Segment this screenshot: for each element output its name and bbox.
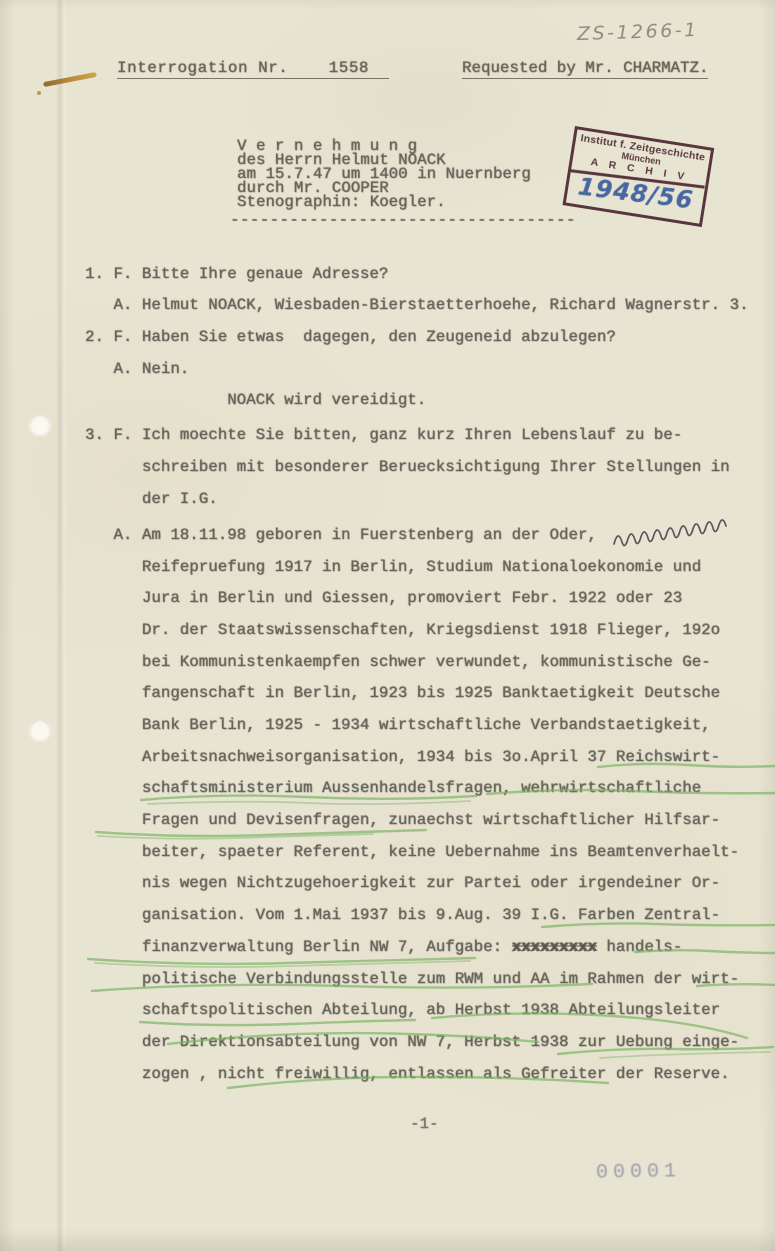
document-page: ZS-1266-1 Interrogation Nr. 1558 Request… xyxy=(0,0,775,1251)
interrogation-number: Interrogation Nr. 1558 xyxy=(117,60,389,76)
typescript-line: zogen , nicht freiwillig, entlassen als … xyxy=(85,1066,730,1082)
archive-reference-note: ZS-1266-1 xyxy=(577,19,699,45)
punch-hole-top xyxy=(29,414,51,436)
typescript-line: nis wegen Nichtzugehoerigkeit zur Partei… xyxy=(85,875,720,891)
page-number: -1- xyxy=(410,1116,438,1132)
typescript-line: bei Kommunistenkaempfen schwer verwundet… xyxy=(85,654,711,670)
typescript-line: 2. F. Haben Sie etwas dagegen, den Zeuge… xyxy=(85,329,616,345)
typescript-line: 3. F. Ich moechte Sie bitten, ganz kurz … xyxy=(85,427,682,443)
typescript-line: A. Nein. xyxy=(85,361,189,377)
typescript-line: ganisation. Vom 1.Mai 1937 bis 9.Aug. 39… xyxy=(85,907,720,923)
typescript-line: Bank Berlin, 1925 - 1934 wirtschaftliche… xyxy=(85,717,711,733)
typescript-line: Dr. der Staatswissenschaften, Kriegsdien… xyxy=(85,622,720,638)
typescript-line: Fragen und Devisenfragen, zunaechst wirt… xyxy=(85,812,720,828)
pagination-stamp: 00001 xyxy=(596,1160,681,1184)
typescript-line-with-strikeout: finanzverwaltung Berlin NW 7, Aufgabe: x… xyxy=(85,939,682,955)
typescript-line: NOACK wird vereidigt. xyxy=(85,392,426,408)
typescript-line: schreiben mit besonderer Beruecksichtigu… xyxy=(85,459,730,475)
overtyped-strikeout: xxxxxxxxx xyxy=(512,938,597,956)
typescript-line: A. Helmut NOACK, Wiesbaden-Bierstaetterh… xyxy=(85,297,749,313)
paper-stain-streak xyxy=(43,72,97,87)
heading-divider: ----------------------------------- xyxy=(230,212,576,228)
requested-by: Requested by Mr. CHARMATZ. xyxy=(462,60,708,76)
typescript-line: politische Verbindungsstelle zum RWM und… xyxy=(85,971,739,987)
typescript-line: der Direktionsabteilung von NW 7, Herbst… xyxy=(85,1034,739,1050)
typescript-line: 1. F. Bitte Ihre genaue Adresse? xyxy=(85,266,388,282)
typescript-line: fangenschaft in Berlin, 1923 bis 1925 Ba… xyxy=(85,685,720,701)
typescript-line: schaftspolitischen Abteilung, ab Herbst … xyxy=(85,1002,720,1018)
typescript-line: Jura in Berlin und Giessen, promoviert F… xyxy=(85,590,682,606)
typescript-line: beiter, spaeter Referent, keine Uebernah… xyxy=(85,844,739,860)
punch-hole-bottom xyxy=(29,719,51,741)
archive-stamp: Institut f. Zeitgeschichte München A R C… xyxy=(562,126,714,227)
typescript-line: Reifepruefung 1917 in Berlin, Studium Na… xyxy=(85,559,701,575)
heading-stenographer: Stenographin: Koegler. xyxy=(237,194,446,210)
typescript-line: Arbeitsnachweisorganisation, 1934 bis 3o… xyxy=(85,749,720,765)
typescript-line: schaftsministerium Aussenhandelsfragen, … xyxy=(85,780,701,796)
typescript-line: der I.G. xyxy=(85,491,218,507)
paper-stain-speck xyxy=(37,91,41,95)
typescript-line: A. Am 18.11.98 geboren in Fuerstenberg a… xyxy=(85,527,597,543)
